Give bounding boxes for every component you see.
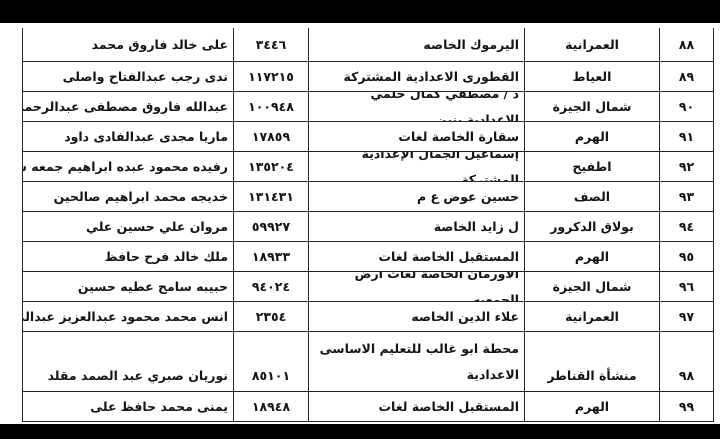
cell-serial: ٨٨ <box>659 28 713 61</box>
cell-district: العمرانية <box>524 302 659 331</box>
table-row: ٩٧العمرانيةعلاء الدين الخاصه٢٣٥٤انس محمد… <box>23 302 713 332</box>
cell-number: ١٣٥٢٠٤ <box>233 152 308 181</box>
cell-school: المستقبل الخاصة لغات <box>308 242 524 271</box>
cell-district: منشأة القناطر <box>524 332 659 391</box>
cell-serial: ٩٣ <box>659 182 713 211</box>
cell-number: ١٨٩٣٣ <box>233 242 308 271</box>
cell-name: انس محمد محمود عبدالعزيز عبدالمنعم <box>23 302 233 331</box>
scanned-document-page: ٨٨العمرانيةاليرموك الخاصه٣٤٤٦على خالد فا… <box>0 0 720 439</box>
cell-number: ٨٥١٠١ <box>233 332 308 391</box>
table-row: ٩٥الهرمالمستقبل الخاصة لغات١٨٩٣٣ملك خالد… <box>23 242 713 272</box>
cell-district: الصف <box>524 182 659 211</box>
cell-school: علاء الدين الخاصه <box>308 302 524 331</box>
table-row: ٩٤بولاق الدكرورل زايد الخاصة٥٩٩٢٧مروان ع… <box>23 212 713 242</box>
cell-school: حسين عوض ع م <box>308 182 524 211</box>
cell-serial: ٩٦ <box>659 272 713 301</box>
table-row: ٨٩العياطالقطورى الاعدادية المشتركة١١٧٢١٥… <box>23 62 713 92</box>
cell-number: ٥٩٩٢٧ <box>233 212 308 241</box>
cell-serial: ٩٧ <box>659 302 713 331</box>
cell-serial: ٨٩ <box>659 62 713 91</box>
cell-district: اطفيح <box>524 152 659 181</box>
cell-serial: ٩١ <box>659 122 713 151</box>
cell-number: ٣٤٤٦ <box>233 28 308 61</box>
cell-name: يمنى محمد حافظ على <box>23 392 233 421</box>
cell-serial: ٩٠ <box>659 92 713 121</box>
cell-number: ٢٣٥٤ <box>233 302 308 331</box>
cell-number: ١٧٨٥٩ <box>233 122 308 151</box>
table-row: ٩٨منشأة القناطرمحطة ابو غالب للتعليم الا… <box>23 332 713 392</box>
cell-name: رفيده محمود عبده ابراهيم جمعه سعودى <box>23 152 233 181</box>
cell-school: إسماعيل الجمال الإعدادية المشتركة <box>308 152 524 181</box>
cell-district: بولاق الدكرور <box>524 212 659 241</box>
cell-name: على خالد فاروق محمد <box>23 28 233 61</box>
cell-name: ملك خالد فرح حافظ <box>23 242 233 271</box>
cell-number: ١٨٩٤٨ <box>233 392 308 421</box>
cell-serial: ٩٤ <box>659 212 713 241</box>
cell-school: اليرموك الخاصه <box>308 28 524 61</box>
cell-school: ل زايد الخاصة <box>308 212 524 241</box>
table-row: ٩٦شمال الجيزةالاورمان الخاصة لغات ارض ال… <box>23 272 713 302</box>
cell-name: ندى رجب عبدالفتاح واصلى <box>23 62 233 91</box>
bottom-black-bar <box>0 424 720 439</box>
cell-school: محطة ابو غالب للتعليم الاساسى الاعدادية <box>308 332 524 391</box>
table-row: ٩٢اطفيحإسماعيل الجمال الإعدادية المشتركة… <box>23 152 713 182</box>
cell-serial: ٩٢ <box>659 152 713 181</box>
table-row: ٩٣الصفحسين عوض ع م١٣١٤٣١خديجه محمد ابراه… <box>23 182 713 212</box>
cell-district: شمال الجيزة <box>524 92 659 121</box>
cell-name: عبدالله فاروق مصطفى عبدالرحمن <box>23 92 233 121</box>
cell-serial: ٩٩ <box>659 392 713 421</box>
table-row: ٩٠شمال الجيزةد / مصطفي كمال حلمي الاعداد… <box>23 92 713 122</box>
cell-number: ١١٧٢١٥ <box>233 62 308 91</box>
cell-name: خديجه محمد ابراهيم صالحين <box>23 182 233 211</box>
cell-district: الهرم <box>524 242 659 271</box>
table-row: ٩١الهرمسقارة الخاصة لغات١٧٨٥٩ماريا مجدى … <box>23 122 713 152</box>
records-table: ٨٨العمرانيةاليرموك الخاصه٣٤٤٦على خالد فا… <box>22 28 714 422</box>
cell-name: نوريان صبري عبد الصمد مقلد <box>23 332 233 391</box>
cell-name: ماريا مجدى عبدالفادى داود <box>23 122 233 151</box>
cell-district: العمرانية <box>524 28 659 61</box>
cell-name: حبيبه سامح عطيه حسين <box>23 272 233 301</box>
cell-serial: ٩٥ <box>659 242 713 271</box>
cell-district: الهرم <box>524 122 659 151</box>
cell-number: ٩٤٠٢٤ <box>233 272 308 301</box>
cell-school: المستقبل الخاصة لغات <box>308 392 524 421</box>
top-black-bar <box>0 0 720 23</box>
cell-district: شمال الجيزة <box>524 272 659 301</box>
cell-school: القطورى الاعدادية المشتركة <box>308 62 524 91</box>
cell-number: ١٠٠٩٤٨ <box>233 92 308 121</box>
table-row: ٨٨العمرانيةاليرموك الخاصه٣٤٤٦على خالد فا… <box>23 28 713 62</box>
cell-school: د / مصطفي كمال حلمي الاعدادية بنين <box>308 92 524 121</box>
cell-serial: ٩٨ <box>659 332 713 391</box>
cell-school: الاورمان الخاصة لغات ارض الجمعيه <box>308 272 524 301</box>
cell-district: العياط <box>524 62 659 91</box>
table-row: ٩٩الهرمالمستقبل الخاصة لغات١٨٩٤٨يمنى محم… <box>23 392 713 422</box>
cell-number: ١٣١٤٣١ <box>233 182 308 211</box>
cell-school: سقارة الخاصة لغات <box>308 122 524 151</box>
cell-name: مروان علي حسين علي <box>23 212 233 241</box>
cell-district: الهرم <box>524 392 659 421</box>
